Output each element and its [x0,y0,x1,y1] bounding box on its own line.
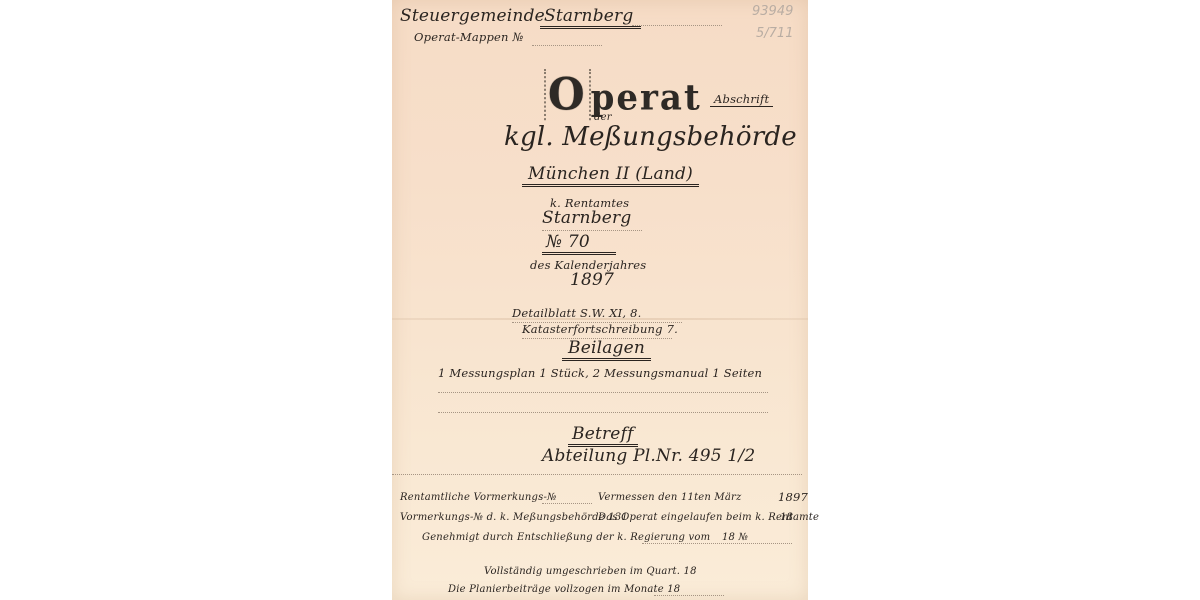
dotted-rule [632,25,722,26]
completion-line-2: Die Planierbeiträge vollzogen im Monate … [448,584,680,595]
dotted-rule [642,543,792,544]
registry-left-2: Vormerkungs-№ d. k. Meßungsbehörde 131 [400,512,628,523]
registry-year-2: 18 [780,512,793,523]
title-initial: O [544,69,591,120]
copy-mark: Abschrift [710,92,773,107]
authority-name: kgl. Meßungsbehörde [504,122,797,152]
registry-left-1: Rentamtliche Vormerkungs-№ [400,492,557,503]
dotted-rule [438,392,768,393]
municipality-value: Starnberg [540,6,641,29]
pencil-archive-number: 5/711 [756,26,793,41]
dotted-rule [392,474,802,475]
municipality-label: Steuergemeinde [400,6,545,26]
rentamt-value: Starnberg [542,208,631,228]
dotted-rule [654,595,724,596]
subject-heading: Betreff [568,424,638,447]
completion-line-1: Vollständig umgeschrieben im Quart. 18 [484,566,697,577]
registry-left-3: Genehmigt durch Entschließung der k. Reg… [422,532,710,543]
operat-mappe-label: Operat-Mappen № [414,30,524,44]
document-page: Steuergemeinde Starnberg Operat-Mappen №… [392,0,808,600]
registry-right-3: 18 № [722,532,748,543]
year: 1897 [570,270,614,290]
attachments-line: 1 Messungsplan 1 Stück, 2 Messungsmanual… [438,366,762,380]
city-name: München II (Land) [522,164,699,187]
attachments-heading: Beilagen [562,338,651,361]
pencil-archive-number: 93949 [752,4,793,19]
detail-sheet: Detailblatt S.W. XI, 8. [512,306,642,320]
registry-year-1: 1897 [778,490,808,504]
dotted-rule [438,412,768,413]
operat-number: № 70 [542,232,616,255]
document-title: Operat [544,69,702,120]
dotted-rule [542,230,642,231]
survey-section: Katasterfortschreibung 7. [522,322,678,336]
dotted-rule [532,45,602,46]
dotted-rule [542,503,592,504]
registry-right-1: Vermessen den 11ten März [598,492,741,503]
subject-line: Abteilung Pl.Nr. 495 1/2 [542,446,755,466]
